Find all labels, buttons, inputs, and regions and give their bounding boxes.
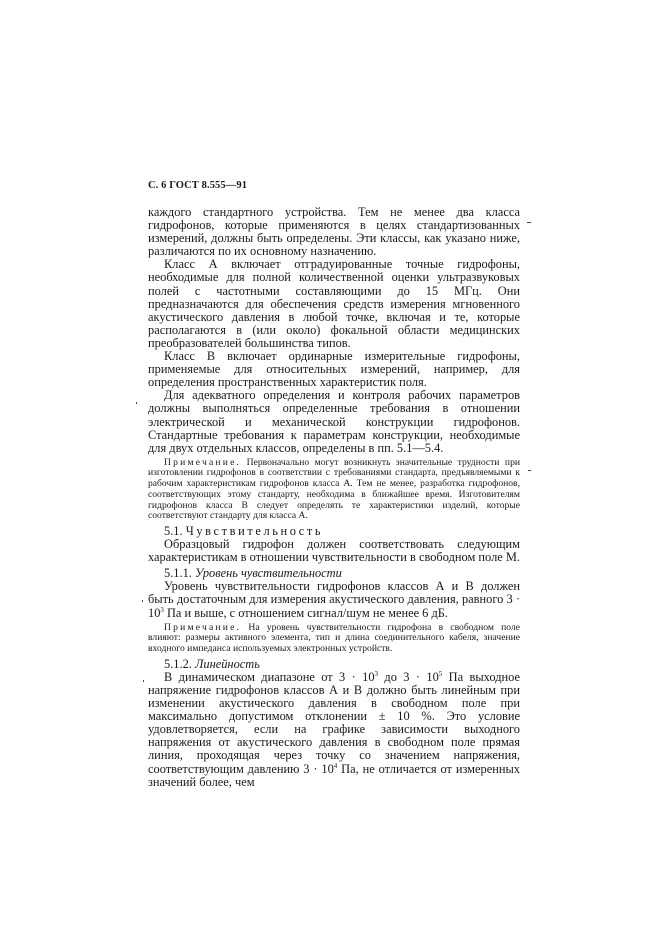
note-2: Примечание. На уровень чувствительности … <box>148 623 520 655</box>
paragraph-class-b: Класс В включает ординарные измерительны… <box>148 350 520 389</box>
paragraph-class-a: Класс А включает отградуированные точные… <box>148 258 520 350</box>
scan-speck <box>528 470 531 471</box>
paragraph-requirements: Для адекватного определения и контроля р… <box>148 389 520 454</box>
scan-speck <box>143 680 144 682</box>
scan-speck <box>136 402 137 404</box>
note-1-label: Примечание. <box>164 457 241 468</box>
document-page: С. 6 ГОСТ 8.555—91 каждого стандартного … <box>148 180 520 789</box>
scan-speck <box>527 222 531 223</box>
note-2-label: Примечание. <box>164 622 241 633</box>
text-run: Па выходное напряжение гидрофонов классо… <box>148 670 520 776</box>
note-1: Примечание. Первоначально могут возникну… <box>148 458 520 522</box>
paragraph-sensitivity-level: Уровень чувствительности гидрофонов клас… <box>148 580 520 619</box>
paragraph-sensitivity: Образцовый гидрофон должен соответствова… <box>148 538 520 564</box>
text-run: до 3 · 10 <box>378 670 439 684</box>
section-5-1-number: 5.1. <box>164 524 183 538</box>
page-header: С. 6 ГОСТ 8.555—91 <box>148 180 520 192</box>
paragraph-linearity: В динамическом диапазоне от 3 · 103 до 3… <box>148 671 520 789</box>
section-5-1-2-title: Линейность <box>195 657 260 671</box>
section-5-1-title: Чувствительность <box>186 524 323 538</box>
text-run: Па и выше, с отношением сигнал/шум не ме… <box>164 606 448 620</box>
section-5-1-1-title: Уровень чувствительности <box>195 566 342 580</box>
text-run: В динамическом диапазоне от 3 · 10 <box>164 670 375 684</box>
paragraph-intro: каждого стандартного устройства. Тем не … <box>148 206 520 258</box>
scan-speck <box>142 600 143 602</box>
section-5-1-1-number: 5.1.1. <box>164 566 192 580</box>
section-5-1-2-number: 5.1.2. <box>164 657 192 671</box>
